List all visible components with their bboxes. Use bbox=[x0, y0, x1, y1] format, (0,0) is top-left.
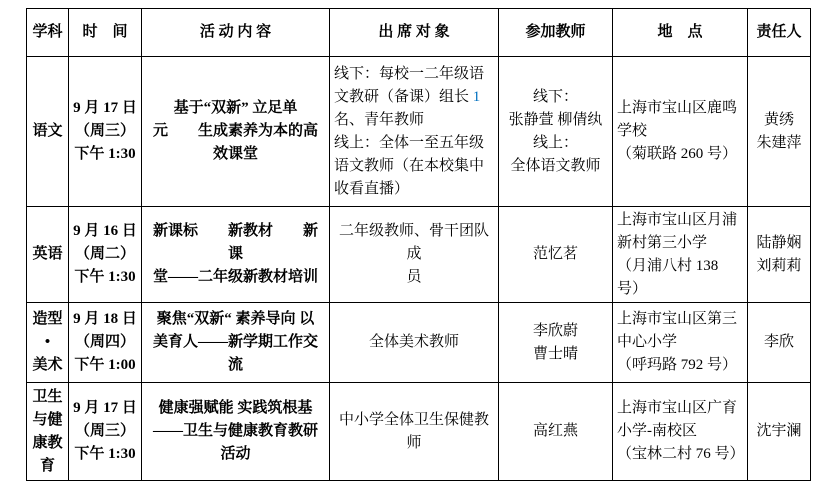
cell-responsible: 陆静娴 刘莉莉 bbox=[748, 207, 811, 303]
column-header-subject: 学科 bbox=[27, 9, 69, 57]
cell-activity-content: 健康强赋能 实践筑根基 ——卫生与健康教育教研 活动 bbox=[142, 383, 330, 481]
cell-teachers: 线下： 张静萱 柳倩纨 线上： 全体语文教师 bbox=[499, 57, 613, 207]
document-page: 学科 时 间 活 动 内 容 出 席 对 象 参加教师 地 点 责任人 语文 9… bbox=[0, 0, 827, 502]
cell-location: 上海市宝山区广育 小学-南校区 （宝林二村 76 号） bbox=[613, 383, 748, 481]
cell-responsible: 沈宇澜 bbox=[748, 383, 811, 481]
column-header-attendees: 出 席 对 象 bbox=[330, 9, 499, 57]
cell-subject: 卫生 与健 康教 育 bbox=[27, 383, 69, 481]
cell-time: 9 月 18 日 （周四） 下午 1:00 bbox=[69, 303, 142, 383]
attendees-text-continued: 名、青年教师 线上：全体一至五年级 语文教师（在本校集中 收看直播） bbox=[334, 112, 484, 197]
table-row-health: 卫生 与健 康教 育 9 月 17 日 （周三） 下午 1:30 健康强赋能 实… bbox=[27, 383, 811, 481]
cell-teachers: 范忆茗 bbox=[499, 207, 613, 303]
schedule-table: 学科 时 间 活 动 内 容 出 席 对 象 参加教师 地 点 责任人 语文 9… bbox=[26, 8, 811, 481]
column-header-location: 地 点 bbox=[613, 9, 748, 57]
cell-activity-content: 基于“双新” 立足单 元 生成素养为本的高 效课堂 bbox=[142, 57, 330, 207]
column-header-time: 时 间 bbox=[69, 9, 142, 57]
cell-time: 9 月 16 日 （周二） 下午 1:30 bbox=[69, 207, 142, 303]
cell-location: 上海市宝山区月浦 新村第三小学 （月浦八村 138 号） bbox=[613, 207, 748, 303]
cell-teachers: 高红燕 bbox=[499, 383, 613, 481]
header-row: 学科 时 间 活 动 内 容 出 席 对 象 参加教师 地 点 责任人 bbox=[27, 9, 811, 57]
column-header-content: 活 动 内 容 bbox=[142, 9, 330, 57]
cell-activity-content: 聚焦“双新“ 素养导向 以 美育人——新学期工作交 流 bbox=[142, 303, 330, 383]
column-header-teachers: 参加教师 bbox=[499, 9, 613, 57]
attendees-text: 二年级教师、骨干团队成 员 bbox=[339, 223, 489, 285]
cell-subject: 造型• 美术 bbox=[27, 303, 69, 383]
attendees-text: 全体美术教师 bbox=[369, 334, 459, 350]
cell-attendees: 二年级教师、骨干团队成 员 bbox=[330, 207, 499, 303]
cell-activity-content: 新课标 新教材 新课 堂——二年级新教材培训 bbox=[142, 207, 330, 303]
cell-subject: 语文 bbox=[27, 57, 69, 207]
cell-time: 9 月 17 日 （周三） 下午 1:30 bbox=[69, 57, 142, 207]
highlighted-number: 1 bbox=[473, 89, 481, 105]
cell-location: 上海市宝山区第三 中心小学 （呼玛路 792 号） bbox=[613, 303, 748, 383]
cell-responsible: 黄绣 朱建萍 bbox=[748, 57, 811, 207]
cell-location: 上海市宝山区鹿鸣 学校 （菊联路 260 号） bbox=[613, 57, 748, 207]
cell-teachers: 李欣蔚 曹士晴 bbox=[499, 303, 613, 383]
cell-responsible: 李欣 bbox=[748, 303, 811, 383]
table-row-art: 造型• 美术 9 月 18 日 （周四） 下午 1:00 聚焦“双新“ 素养导向… bbox=[27, 303, 811, 383]
attendees-text: 中小学全体卫生保健教 师 bbox=[339, 412, 489, 451]
table-row-english: 英语 9 月 16 日 （周二） 下午 1:30 新课标 新教材 新课 堂——二… bbox=[27, 207, 811, 303]
attendees-text: 线下：每校一二年级语 文教研（备课）组长 bbox=[334, 66, 484, 105]
column-header-responsible: 责任人 bbox=[748, 9, 811, 57]
cell-subject: 英语 bbox=[27, 207, 69, 303]
cell-time: 9 月 17 日 （周三） 下午 1:30 bbox=[69, 383, 142, 481]
table-row-chinese: 语文 9 月 17 日 （周三） 下午 1:30 基于“双新” 立足单 元 生成… bbox=[27, 57, 811, 207]
cell-attendees: 线下：每校一二年级语 文教研（备课）组长 1 名、青年教师 线上：全体一至五年级… bbox=[330, 57, 499, 207]
cell-attendees: 全体美术教师 bbox=[330, 303, 499, 383]
cell-attendees: 中小学全体卫生保健教 师 bbox=[330, 383, 499, 481]
